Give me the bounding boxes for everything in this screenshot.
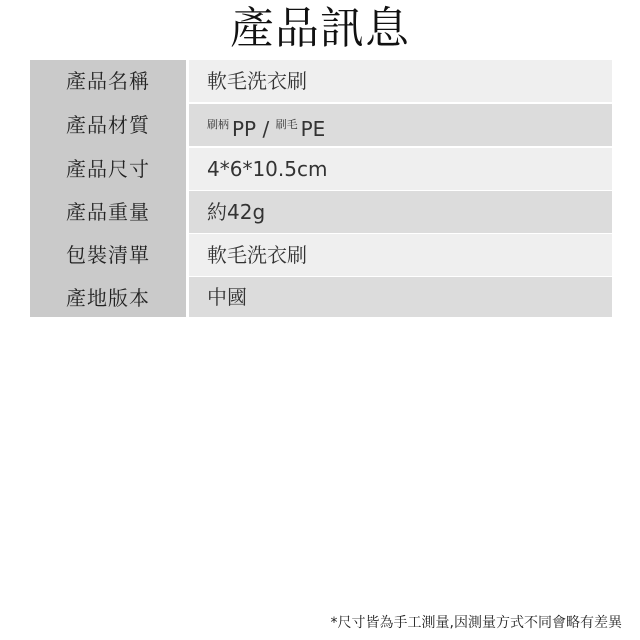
table-row: 產品名稱 軟毛洗衣刷 xyxy=(30,60,612,102)
row-value: 軟毛洗衣刷 xyxy=(189,60,612,102)
row-value: 中國 xyxy=(189,277,612,317)
row-value: 軟毛洗衣刷 xyxy=(189,234,612,276)
table-row: 產品尺寸 4*6*10.5cm xyxy=(30,148,612,190)
row-value: 約42g xyxy=(189,191,612,233)
table-row: 包裝清單 軟毛洗衣刷 xyxy=(30,234,612,276)
measurement-note: *尺寸皆為手工測量,因測量方式不同會略有差異 xyxy=(331,612,622,632)
row-value: 刷柄PP / 刷毛PE xyxy=(189,104,612,146)
table-row: 產品重量 約42g xyxy=(30,191,612,233)
page-title: 產品訊息 xyxy=(0,2,640,56)
table-row: 產品材質 刷柄PP / 刷毛PE xyxy=(30,104,612,146)
table-row: 產地版本 中國 xyxy=(30,277,612,317)
material-sup-bristle: 刷毛 xyxy=(276,118,298,131)
product-info-table: 產品名稱 軟毛洗衣刷 產品材質 刷柄PP / 刷毛PE 產品尺寸 4*6*10.… xyxy=(30,60,612,317)
row-label: 產品材質 xyxy=(30,104,186,146)
material-handle: PP / xyxy=(232,117,276,141)
row-label: 產品重量 xyxy=(30,191,186,233)
row-label: 產品名稱 xyxy=(30,60,186,102)
material-bristle: PE xyxy=(301,117,326,141)
row-value: 4*6*10.5cm xyxy=(189,148,612,190)
row-label: 包裝清單 xyxy=(30,234,186,276)
row-label: 產品尺寸 xyxy=(30,148,186,190)
material-sup-handle: 刷柄 xyxy=(207,118,229,131)
row-label: 產地版本 xyxy=(30,277,186,319)
